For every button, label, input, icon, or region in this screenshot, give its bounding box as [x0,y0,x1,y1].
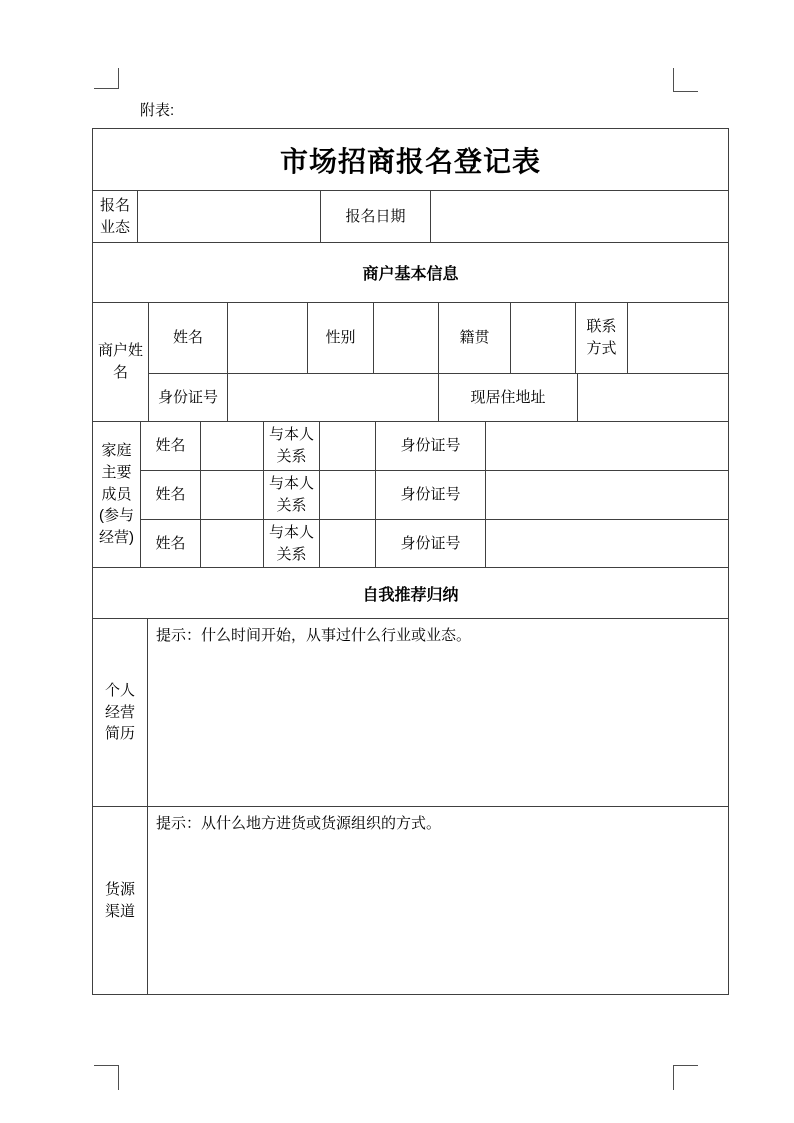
section-self-recommendation: 自我推荐归纳 [93,568,728,619]
biography-hint: 提示：什么时间开始，从事过什么行业或业态。 [156,627,471,644]
family-id-label: 身份证号 [376,520,486,567]
family-relation-label: 与本人关系 [264,422,320,470]
biography-label: 个人经营简历 [93,619,148,806]
id-number-input-cell[interactable] [228,374,439,421]
merchant-row-2: 身份证号 现居住地址 [149,374,728,421]
family-id-input-cell[interactable] [486,422,728,470]
family-name-input-cell[interactable] [201,520,264,567]
merchant-info-block: 商户姓名 姓名 性别 籍贯 联系方式 [93,303,728,422]
native-place-input-cell[interactable] [511,303,576,373]
family-group-label: 家庭主要成员(参与经营) [93,422,141,567]
biography-block: 个人经营简历 提示：什么时间开始，从事过什么行业或业态。 [93,619,728,807]
crop-mark-top-right [673,68,698,92]
id-number-label: 身份证号 [149,374,228,421]
family-id-input-cell[interactable] [486,520,728,567]
family-member-row: 姓名 与本人关系 身份证号 [141,422,728,471]
form-title: 市场招商报名登记表 [280,140,541,180]
merchant-row-1: 姓名 性别 籍贯 联系方式 [149,303,728,374]
family-member-row: 姓名 与本人关系 身份证号 [141,520,728,567]
family-name-label: 姓名 [141,520,201,567]
family-id-input-cell[interactable] [486,471,728,519]
family-name-label: 姓名 [141,471,201,519]
business-type-label: 报名业态 [93,191,138,242]
appendix-label: 附表: [140,101,174,121]
contact-input-cell[interactable] [628,303,728,373]
crop-mark-bottom-right [673,1065,698,1090]
registration-date-label: 报名日期 [321,191,431,242]
family-relation-input-cell[interactable] [320,520,376,567]
registration-date-input-cell[interactable] [431,191,728,242]
family-relation-input-cell[interactable] [320,422,376,470]
crop-mark-top-left [94,68,119,89]
family-relation-label: 与本人关系 [264,520,320,567]
supply-channel-input-area[interactable]: 提示：从什么地方进货或货源组织的方式。 [148,807,728,994]
name-label: 姓名 [149,303,228,373]
form-title-row: 市场招商报名登记表 [93,129,728,191]
native-place-label: 籍贯 [439,303,511,373]
family-id-label: 身份证号 [376,422,486,470]
supply-channel-hint: 提示：从什么地方进货或货源组织的方式。 [156,815,441,832]
family-member-row: 姓名 与本人关系 身份证号 [141,471,728,520]
registration-row: 报名业态 报名日期 [93,191,728,243]
name-input-cell[interactable] [228,303,308,373]
merchant-name-group-label: 商户姓名 [93,303,149,421]
family-id-label: 身份证号 [376,471,486,519]
address-input-cell[interactable] [578,374,728,421]
family-name-label: 姓名 [141,422,201,470]
biography-input-area[interactable]: 提示：什么时间开始，从事过什么行业或业态。 [148,619,728,806]
business-type-input-cell[interactable] [138,191,321,242]
section-basic-info: 商户基本信息 [93,243,728,303]
registration-form-table: 市场招商报名登记表 报名业态 报名日期 商户基本信息 商户姓名 姓名 性别 [92,128,729,995]
crop-mark-bottom-left [94,1065,119,1090]
gender-input-cell[interactable] [374,303,439,373]
family-name-input-cell[interactable] [201,422,264,470]
supply-channel-label: 货源渠道 [93,807,148,994]
gender-label: 性别 [308,303,374,373]
family-relation-input-cell[interactable] [320,471,376,519]
family-name-input-cell[interactable] [201,471,264,519]
supply-channel-block: 货源渠道 提示：从什么地方进货或货源组织的方式。 [93,807,728,994]
address-label: 现居住地址 [439,374,578,421]
family-relation-label: 与本人关系 [264,471,320,519]
family-members-block: 家庭主要成员(参与经营) 姓名 与本人关系 身份证号 姓名 [93,422,728,568]
contact-label: 联系方式 [576,303,628,373]
